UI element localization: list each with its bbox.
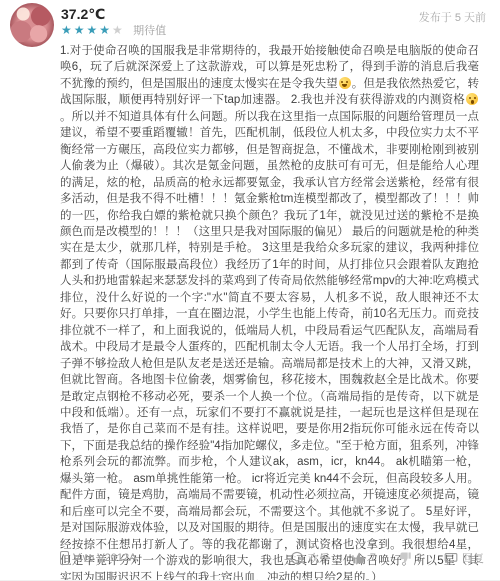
relieved-face-emoji (339, 77, 351, 89)
reply-label: 回复 (462, 550, 484, 566)
phone-icon (60, 551, 69, 565)
rating-star-empty: ★ (112, 23, 125, 37)
smiley-icon (290, 551, 304, 565)
joy-reaction-button[interactable]: 欢乐 (290, 550, 330, 566)
dislike-count: 2 (416, 552, 422, 564)
crying-face-emoji (466, 93, 478, 105)
thumb-up-icon (352, 551, 366, 565)
review-footer: Vivo V2012A 欢乐 (60, 548, 484, 568)
rating-label: 期待值 (133, 25, 166, 37)
thumb-down-icon (398, 551, 412, 565)
reactions: 欢乐 7 (290, 550, 484, 566)
username[interactable]: 37.2℃ (61, 6, 105, 23)
avatar[interactable] (10, 3, 54, 47)
reply-bubble-icon (444, 551, 458, 565)
like-button[interactable]: 7 (352, 551, 376, 565)
review-card: 37.2℃ ★★★★★ 期待值 发布于 5 天前 1.对于使命召唤的国服我是非常… (0, 0, 500, 581)
rating-row: ★★★★★ 期待值 (61, 23, 166, 38)
dislike-button[interactable]: 2 (398, 551, 422, 565)
review-body: 1.对于使命召唤的国服我是非常期待的，我最开始接触使命召唤是电脑版的使命召唤6，… (60, 43, 479, 581)
device-label: Vivo V2012A (73, 552, 136, 564)
posted-time: 发布于 5 天前 (419, 9, 486, 25)
review-text-part3: 。所以并不知道具体有什么问题。所以我在这里指一点国际服的问题给管理员一点建议，希… (60, 111, 479, 581)
reply-button[interactable]: 回复 (444, 550, 484, 566)
like-count: 7 (370, 552, 376, 564)
rating-stars-filled: ★★★★ (61, 23, 112, 37)
device-info: Vivo V2012A (60, 551, 136, 565)
joy-label: 欢乐 (308, 550, 330, 566)
